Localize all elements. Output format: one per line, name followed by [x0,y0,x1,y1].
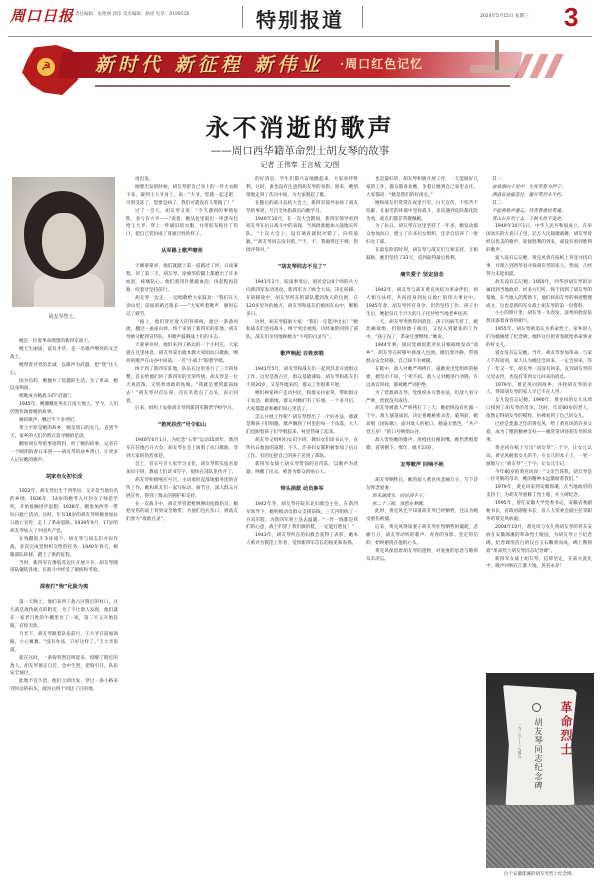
paragraph: 在最危险的时刻，胡友琴与战友们互相支持，互相鼓励，她们坚持了33天，直到取得最后… [366,247,478,263]
paragraph: 黄克风在纸上写出“胡友琴”三个字，让女儿认识。黄克风握着女儿的手，在女儿的本子上… [486,445,592,469]
paragraph: 胡友琴又组织妇女识字班，教妇女们读书认字，宣传抗日救国的道理，不久，许多妇女都积… [246,437,358,461]
poem-line: 仰来湖渚水，回见泪不干； [366,493,478,501]
paragraph: 也是最好的，胡友琴积极开展工作，一天能做好几家的工作，群众都喜欢她，争着让她到自… [366,176,478,200]
memorial-inscription: 胡友琴同志纪念碑 [533,718,544,790]
paragraph: 当时，新四军在豫皖苏边区开展斗争，胡友琴随部队辗转各地，在战斗中经受了锻炼和考验… [10,560,118,576]
banner-subtitle: ·周口红色记忆 [340,55,423,72]
paragraph: 1955年，胡友琴被追认为革命烈士。家乡的人们为她修建了纪念碑，缅怀这位把青春献… [486,326,592,350]
paragraph: 此时，黄克风还不知道胡友琴已经牺牲，还以为她受重伤被捕。 [366,508,478,524]
paragraph: 胡友琴牺牲后，她的爱人黄克风悲痛万分，写下诗句悼念爱妻： [366,477,478,493]
paragraph: 她的歌声，飘过半个多世纪。 [10,417,118,425]
section-heading: 胡家有女初长成 [10,474,118,482]
ribbon-stripe [544,54,563,78]
section-heading: “救死扶伤”号令如山 [126,422,238,430]
paragraph: 她是一位着革命理想的新四军战士。 [10,338,118,346]
paragraph: 1942年，胡友琴与战友黄克风结为革命伴侣，两人相互扶持，共同投身到抗日救亡的伟… [366,287,478,319]
paragraph: 1942年冬，胡友琴任皖东北妇救会主任。在新四军领导下，她积极动员群众支援前线，… [246,501,358,533]
paragraph: 这时，胡友琴鼓励大家：“我们一定能冲出去！”她和战友们坚持战斗，终于突出重围，历… [246,319,358,343]
paragraph: 1949年10月1日，中华人民共和国成立。在举国欢庆的大喜日子里，亿万人民载歌载… [486,223,592,255]
paragraph: 一路上，他们穿过敌人的封锁线，渡过一条条河流，翻过一座座山岭，终于来到了新四军的… [126,319,238,343]
masthead: 周口日报 责任编辑：张艳丽 郭玮 美术编辑：路瑶 电话：6199516 特别报道… [0,0,600,36]
section-heading: 深夜打“狗”化险为夷 [10,584,118,592]
paragraph: 新四军女战士胡友琴带领的宣传队，以歌声为武器，唤醒了民众，被誉为群众的贴心人。 [246,461,358,477]
paragraph: 爱人没有忘记她，黄克风曾在报纸上刊登寻找启事，并派人到西华县寻找胡友琴的家人，然… [486,255,592,279]
paragraph: 1941年1月，皖南事变后，国民党以9个师的兵力向新四军发动进攻，新四军为了顾全… [246,279,358,319]
paragraph: 黄克风保留着胡友琴的遗物，对爱妻的思念与敬仰从未淡忘。 [366,548,478,564]
star-emblem-icon [532,703,541,712]
paragraph: 爱女没有忘记她。当年，胡友琴参加革命，与家人不辞而别，家人认为她还会回来，一定会… [486,350,592,382]
paragraph: 为了营救胡友琴，党组织多方想办法，但敌人看守严密，营救没有成功。 [366,390,478,406]
party-emblem-icon: ☭ [37,58,55,76]
article-column-5: 其一：血染旗向千里中，生死笑春为伊宁；洒落征途留悲壮，催开英烈永不朽。其二：不能… [486,176,592,594]
section-heading: 歌声响起 百姓欢唱 [246,351,358,359]
section-heading: 从军路上歌声嘹亮 [126,248,238,256]
paragraph: 今年80岁的黄克风说：“父亲告诉我，胡友琴是一位可敬的母亲，她的精神永远激励着我… [486,469,592,485]
paragraph: 1943年，胡友琴所在的妇救会获得了表彰，她本人被评为模范工作者，受到新四军首长… [246,532,358,548]
paragraph: 1979年，黄克风回到故乡，寻找胡友琴的亲人，得知胡友琴的家人早已不在人世。 [486,382,592,398]
paragraph: 终于到了新四军驻地，队伍在这里进行了三天的休整，首长给他们讲了新四军的光荣传统，… [126,366,238,406]
paragraph: 的好消息，学生们都兴奋地跳起来，大家欢呼胜利，这时，谁也没有注意到胡友琴的身影。… [246,176,358,200]
photo-face [42,213,86,271]
paragraph: 再出发。 [126,176,238,184]
section-heading: 带头捐款 动员参军 [246,486,358,494]
memorial-caption: 位于安徽郎溪的胡友琴烈士纪念碑。 [486,871,594,877]
section-heading: “胡友琴同志不见了” [246,264,358,272]
issue-date: 2024年5月15日 星期三 [480,13,528,19]
article-column-3: 的好消息，学生们都兴奋地跳起来，大家欢呼胜利，这时，谁也没有注意到胡友琴的身影。… [246,176,358,883]
memorial-photo: 革命烈士 胡友琴同志纪念碑 一九一六——一九四五 [486,673,594,868]
paragraph: 小小的照片里，胡友琴一头卷发，清秀的脸庞依然洋溢着青春的朝气。 [486,310,592,326]
editors-line: 责任编辑：张艳丽 郭玮 美术编辑：路瑶 电话：6199516 [75,11,189,17]
paragraph: 1945年，她慷慨赴死在江南大地上。至今，人们仍然传颂着她的故事。 [10,401,118,417]
paragraph: 月光下，胡友琴跟着队伍前行，王大爷在前面领路，小心翼翼。“没有办法，只好这样了。… [10,631,118,655]
paragraph: 就在这时，一条狗突然狂叫起来，惊醒了附近的敌人。胡友琴镇定自若，急中生智，把狗引… [10,655,118,679]
paragraph: 1995年，曾任安徽大学党委书记，安徽省委副秘书长，省政府副秘书长，省人大常委会… [486,500,592,524]
paragraph: 2004年10月，黄克风与女儿将胡友琴的骨灰安放在安徽郎溪的革命烈士陵园，为胡友… [486,524,592,556]
poem-line: 死二十三载，常思在梦醒。 [366,501,478,509]
paragraph: 过了一会儿，胡友琴又说：“今天遇到的事情危险，多亏有大爷——”说着，她从包里取出… [126,208,238,240]
divider [362,6,363,28]
paragraph: 天刚蒙蒙亮，他们就踏上第一道路过了河，日夜兼程。到了第三天，胡友琴、徐惠华的脚上… [126,263,238,295]
portrait-caption: 胡友琴烈士。 [12,313,115,320]
paragraph: 会上，首长号召大家学习文化，胡友琴带头报名参加识字班，教战士们读书写字，很快在部… [126,461,238,477]
paragraph: 后来，黄克风得知妻子胡友琴壮烈牺牲的噩耗，悲痛万分，胡友琴动听的歌声、青春的身影… [366,524,478,548]
article-byline: 记者 王伟奉 王言城 文/图 [0,160,600,170]
memorial-dates: 一九一六——一九四五 [518,723,523,758]
paragraph: 翻看胡友琴的事迹资料，听了她的故事，记者在一个晴朗的春日来到——胡友琴的故乡周口… [10,441,118,465]
paragraph: 此地不宜久留，他们立即出发，穿过一条小路来到河边的码头，渡河后终于到达了目的地。 [10,678,118,694]
paragraph: 1944年秋，国民党顽固派对抗日根据地发动“清乡”，胡友琴在转移中被敌人包围。她… [366,342,478,366]
article-title: 永不消逝的歌声 [0,108,600,143]
paragraph: 新四军女战士胡友琴，信仰坚定，在战火洗礼中，歌声回响在江淮大地，英名永存！ [486,556,592,572]
divider [242,6,243,28]
poem-label: 其二： [486,200,592,208]
poem-line: 洒落征途留悲壮，催开英烈永不朽。 [486,192,592,200]
section-title: 特别报道 [256,4,344,33]
portrait-photo [12,177,115,307]
section-heading: 友琴歌声 回响不绝 [366,462,478,470]
memorial-ground [486,805,594,868]
paragraph: 在一次战斗中，胡友琴冒着枪林弹雨抢救伤员，她把受伤的战士背到安全地带，为他们包扎… [126,501,238,525]
paragraph: 为了抗日，胡友琴在这里坚持了一年多，她发动群众参加抗日，建立了许多妇女组织，还亲… [366,223,478,247]
paragraph: 故友没有忘记她。1950年，西华县胡友琴的亲属找到当地政府，经多方打听，终于找到… [486,279,592,311]
paragraph: 她带着对党的忠诚，以歌声为武器，把“我”往人心。 [10,362,118,378]
tower-icon [495,40,499,70]
paragraph: 怎么开展工作呢？胡友琴想出了一个好办法，那就是教孩子们唱歌。歌声飘到了村里的每一… [246,414,358,438]
paragraph: 1941年5月，胡友琴和战友们一起到苏北开展群众工作，这里是敌占区，群众基础薄弱… [246,366,358,390]
paragraph: 1940年6月1日，为纪念“五卅”运动15周年，新四军在驻地召开大会，胡友琴在会… [126,437,238,461]
paragraph: 胡友琴一边走，一边唱歌给大家鼓劲：“我们在大别山里，前面的路还很长——”大家听着… [126,295,238,319]
paragraph: 敌人害怕她的歌声，用枪托打她的嘴，她仍然唱着歌，直到倒下。那年，她才23岁。 [366,437,478,453]
article-column-1: 她是一位着革命理想的新四军战士。她天生丽质，富有才华，是一名歌声嘹亮的文艺战士。… [10,338,118,883]
memorial-red-inscription: 革命烈士 [558,701,575,757]
article-subtitle: ——周口西华籍革命烈士胡友琴的故事 [0,143,600,158]
poem-line: 不能将歌声遗忘，待青春重拾英魂； [486,208,592,216]
paragraph: 唱歌成为她战斗的“武器”。 [10,393,118,401]
paragraph: 她天生丽质，富有才华，是一名歌声嘹亮的文艺战士。 [10,346,118,362]
paragraph: 黄土平原是她的故乡，她是周口的女儿。直到今天，家乡的人们仍然在追寻她的足迹。 [10,425,118,441]
paragraph: 因为信仰，她抛弃了优越的生活。为了革命，她以身殉国。 [10,378,118,394]
paragraph: 在随后的战斗总结大会上，新四军领导表扬了胡友琴的事迹，号召全体指战员向她学习。 [246,200,358,216]
poem-label: 其一： [486,176,592,184]
paragraph: 1979年，黄克风来到安徽郎溪，在当地政府的支持下，为胡友琴重修了烈士墓，并立碑… [486,484,592,500]
masthead-rule [8,36,592,37]
paragraph: 胡友琴积极响应号召，主动承担起战地服务团的宣传工作，她和战友们一起写标语、演节目… [126,477,238,501]
banner-slogan: 新时代 新征程 新伟业 [95,50,323,77]
banner-rule [95,85,510,87]
paragraph: 后来，组织上安排胡友琴到新四军随营学校学习。 [126,405,238,413]
paragraph: 在残酷的斗争环境下，胡友琴与同志们并肩作战，多次完成党组织交给的任务。1940年… [10,536,118,560]
paragraph: 1922年，胡友琴出生于西华县，父亲是当地有名的乡绅。1936年，14岁的她考入… [10,488,118,535]
paragraph: 天蒙蒙亮时，他们来到了路边的一个小村庄，大家就在这里休息。胡友琴拿出歌本教大家唱… [126,342,238,366]
section-heading: 痛失爱子 坚定信念 [366,272,478,280]
paragraph: 她们挨家挨户走访村民，和群众拉家常，帮助群众干农活，渐渐地，群众对她们有了好感。… [246,390,358,414]
paragraph: 在狱中，敌人对她严刑拷打，逼她说出党组织的秘密，她坚贞不屈，宁死不屈。敌人又对她… [366,366,478,390]
article-column-2: 再出发。刚要出发的时候，胡友琴把自己身上的一件大衣脱下来，披到王大爷身上，说：“… [126,176,238,883]
paragraph: 胡友琴被敌人严刑拷打了三天，她始终没有吐露一个字。敌人恼羞成怒，决定将她秘密杀害… [366,405,478,437]
page-number: 3 [564,2,578,33]
article-column-4: 也是最好的，胡友琴积极开展工作，一天能做好几家的工作，群众都喜欢她，争着让她到自… [366,176,478,883]
theme-banner: ☭ 新时代 新征程 新伟业 ·周口红色记忆 [0,40,600,100]
paragraph: 女儿没有忘记她。1990年，黄克风的女儿从周口找到了胡友琴的母亲。这时，年近80… [486,397,592,421]
poem-line: 青山长存烈士志，千秋永世不变更。 [486,216,592,224]
newspaper-logo: 周口日报 [10,5,74,26]
paragraph: 第一天晚上，他们来到了敌占区附近的村口，这儿就是敌伪据点的附近，为了不让敌人发现… [10,599,118,631]
paragraph: 她和战友们常常在夜里行军，白天宣传，不怕苦不怕累，在艰苦的环境中坚持战斗，多次遇… [366,200,478,224]
paragraph: 刚要出发的时候，胡友琴把自己身上的一件大衣脱下来，披到王大爷身上，说：“大爷，您… [126,184,238,208]
paragraph: 已经是耄耋之年的黄克风，给了黄克风的许多父爱，成为了她的精神支柱——她常常讲述胡… [486,421,592,445]
paragraph: 1940年10月，在一次大会期间，新四军领导看到胡友琴在抗日战斗中的表现，当场批… [246,216,358,256]
paragraph: 一天，胡友琴突然得到消息，孩子因病夭折了，她悲痛欲绝，但很快擦干眼泪，又投入到紧… [366,319,478,343]
poem-line: 血染旗向千里中，生死笑春为伊宁； [486,184,592,192]
